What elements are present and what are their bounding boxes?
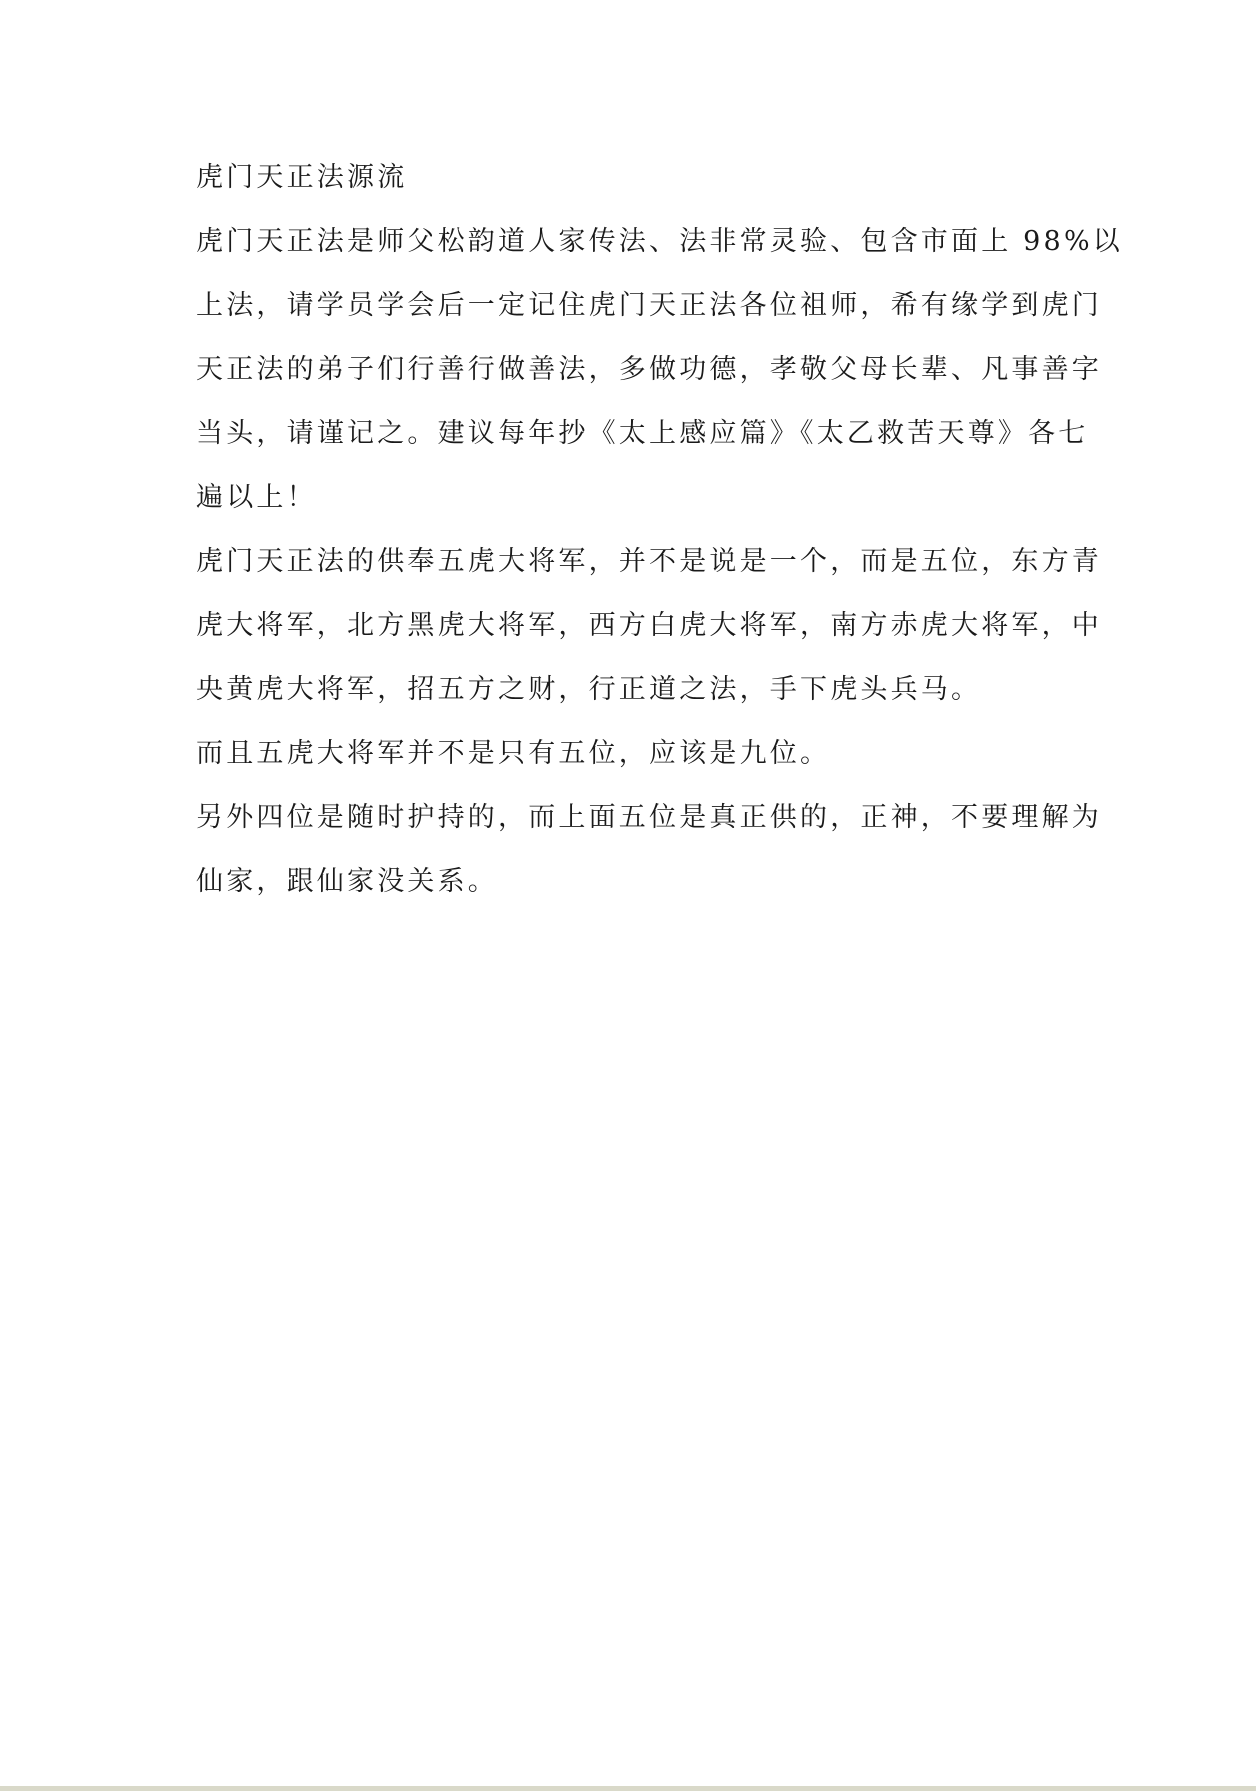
paragraph-line: 虎门天正法是师父松韵道人家传法、法非常灵验、包含市面上 98%以: [196, 222, 1123, 262]
paragraph-line: 虎大将军，北方黑虎大将军，西方白虎大将军，南方赤虎大将军，中: [196, 606, 1102, 646]
paragraph-line: 上法，请学员学会后一定记住虎门天正法各位祖师，希有缘学到虎门: [196, 286, 1102, 326]
document-title: 虎门天正法源流: [196, 158, 407, 198]
paragraph-line: 仙家，跟仙家没关系。: [196, 862, 498, 902]
paragraph-line: 而且五虎大将军并不是只有五位，应该是九位。: [196, 734, 830, 774]
paragraph-line: 遍以上！: [196, 478, 317, 518]
page-bottom-border: [0, 1786, 1256, 1791]
paragraph-line: 虎门天正法的供奉五虎大将军，并不是说是一个，而是五位，东方青: [196, 542, 1102, 582]
document-page: 虎门天正法源流 虎门天正法是师父松韵道人家传法、法非常灵验、包含市面上 98%以…: [0, 0, 1256, 1786]
paragraph-line: 另外四位是随时护持的，而上面五位是真正供的，正神，不要理解为: [196, 798, 1102, 838]
paragraph-line: 天正法的弟子们行善行做善法，多做功德，孝敬父母长辈、凡事善字: [196, 350, 1102, 390]
paragraph-line: 央黄虎大将军，招五方之财，行正道之法，手下虎头兵马。: [196, 670, 981, 710]
paragraph-line: 当头，请谨记之。建议每年抄《太上感应篇》《太乙救苦天尊》各七: [196, 414, 1089, 454]
